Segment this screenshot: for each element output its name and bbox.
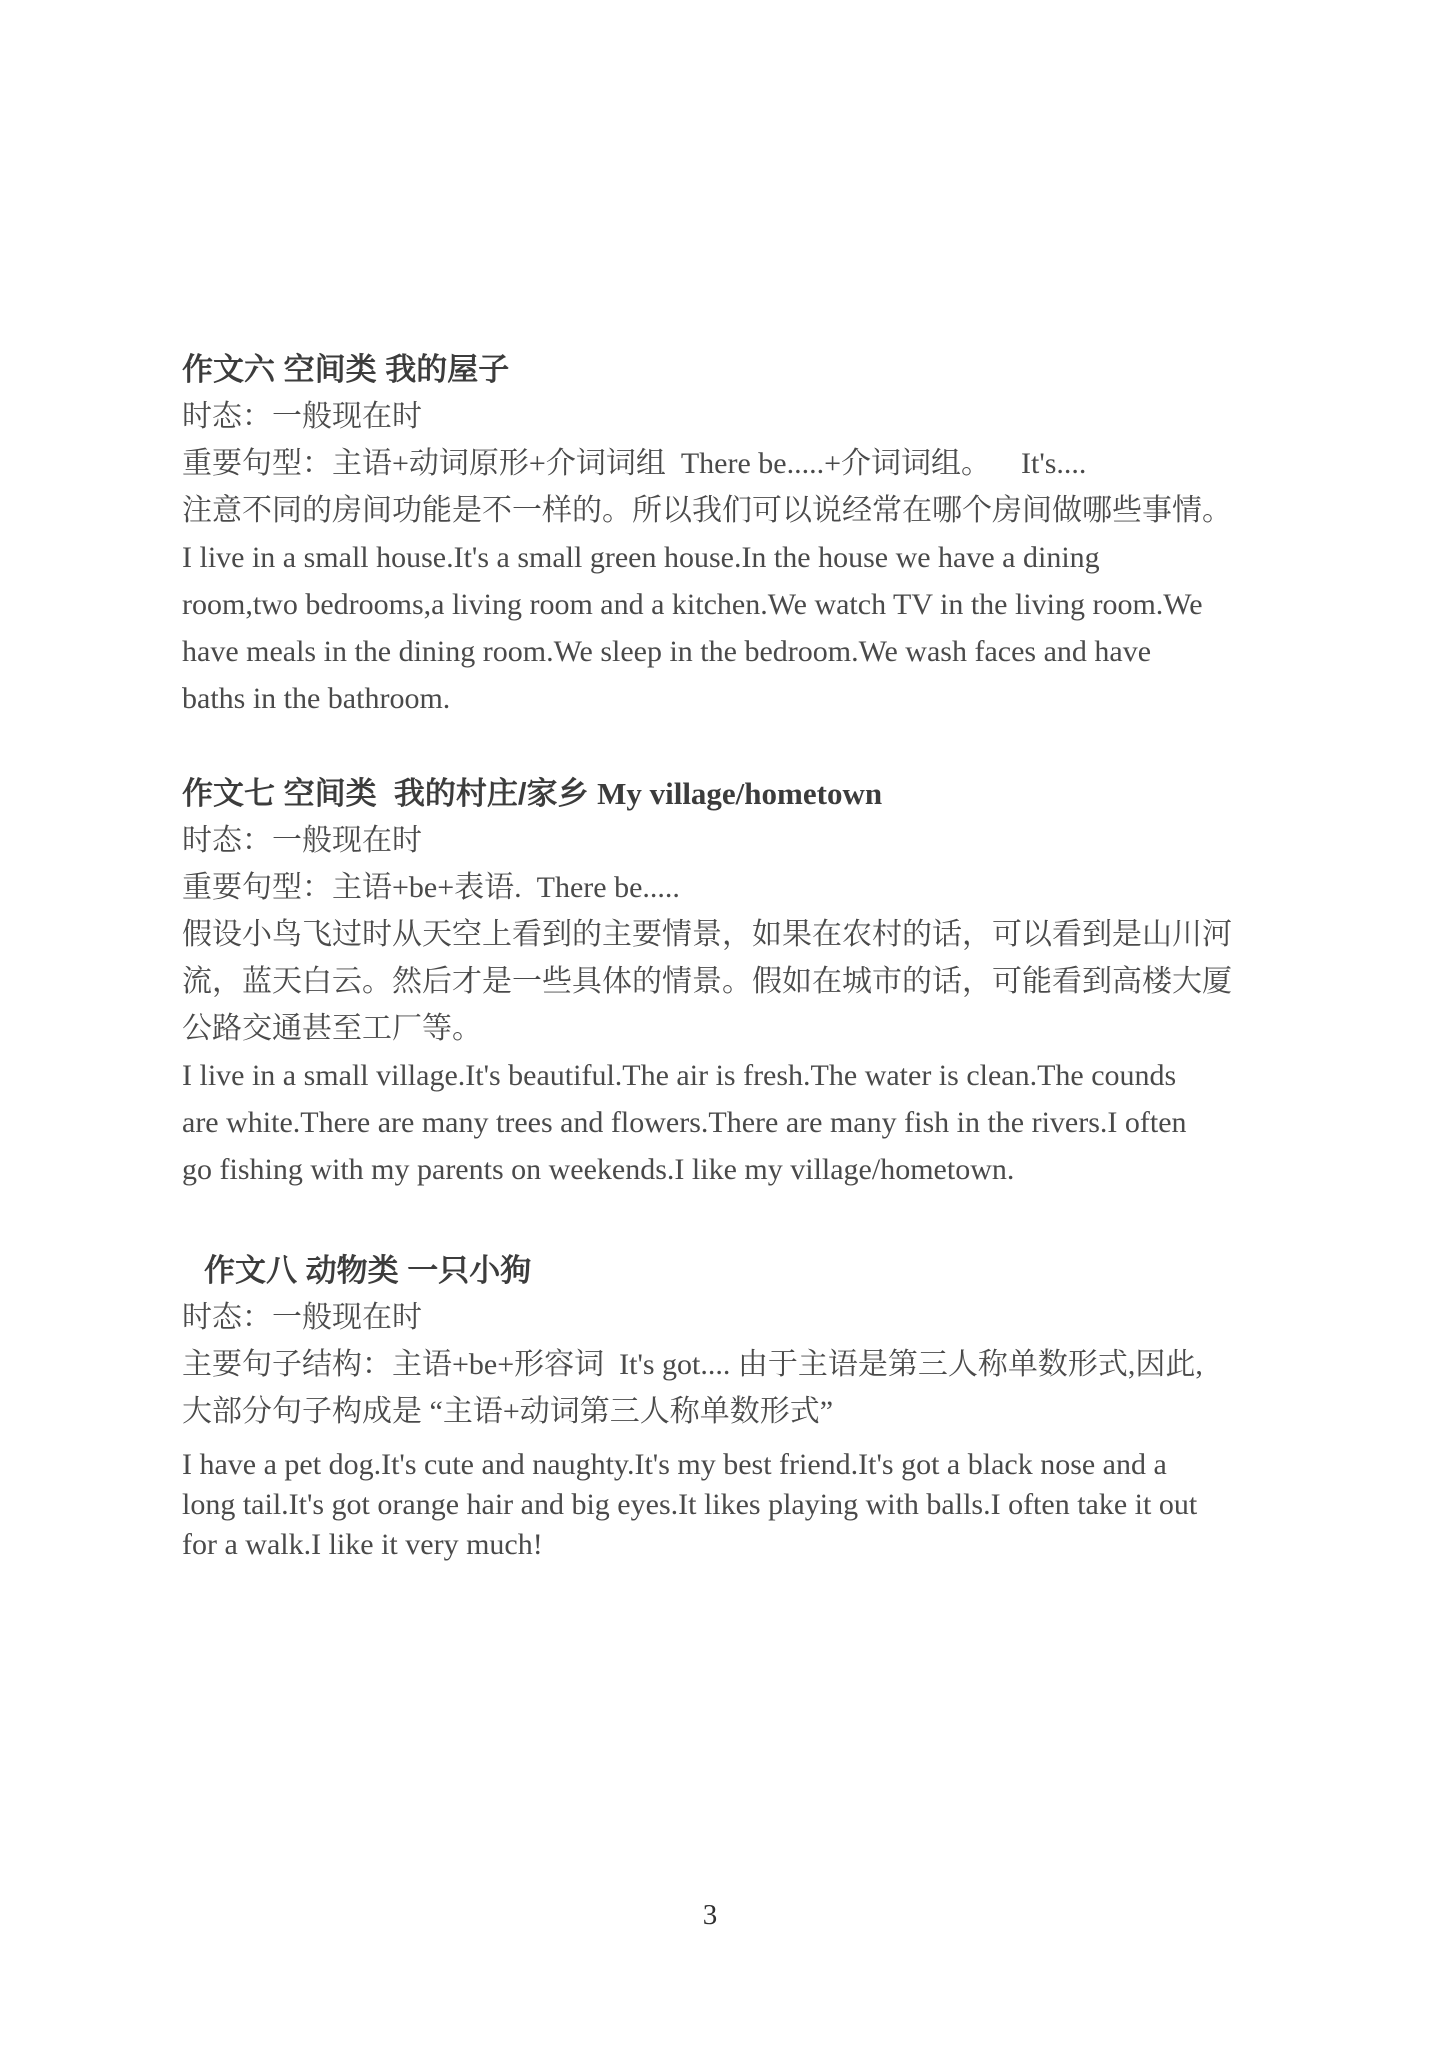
- section-7-heading: 作文七 空间类 我的村庄/家乡 My village/hometown: [182, 770, 1278, 817]
- section-6-essay: I live in a small house.It's a small gre…: [182, 534, 1278, 722]
- section-7-heading-zh: 作文七 空间类 我的村庄/家乡: [182, 776, 597, 811]
- section-8-structure-line: 大部分句子构成是 “主语+动词第三人称单数形式”: [182, 1388, 1278, 1435]
- document-page: 作文六 空间类 我的屋子 时态：一般现在时 重要句型：主语+动词原形+介词词组 …: [0, 0, 1448, 2048]
- essay-line: go fishing with my parents on weekends.I…: [182, 1146, 1278, 1193]
- section-7-pattern-line: 重要句型：主语+be+表语. There be.....: [182, 864, 1278, 911]
- essay-line: for a walk.I like it very much!: [182, 1525, 1278, 1565]
- section-essay-7: 作文七 空间类 我的村庄/家乡 My village/hometown 时态：一…: [182, 770, 1278, 1193]
- section-8-heading: 作文八 动物类 一只小狗: [204, 1247, 1278, 1294]
- section-essay-8: 作文八 动物类 一只小狗 时态：一般现在时 主要句子结构：主语+be+形容词 I…: [182, 1247, 1278, 1565]
- section-6-heading: 作文六 空间类 我的屋子: [182, 346, 1278, 393]
- essay-line: long tail.It's got orange hair and big e…: [182, 1485, 1278, 1525]
- essay-line: I live in a small house.It's a small gre…: [182, 534, 1278, 581]
- essay-line: I have a pet dog.It's cute and naughty.I…: [182, 1445, 1278, 1485]
- essay-line: I live in a small village.It's beautiful…: [182, 1052, 1278, 1099]
- section-8-tense-line: 时态：一般现在时: [182, 1294, 1278, 1341]
- section-essay-6: 作文六 空间类 我的屋子 时态：一般现在时 重要句型：主语+动词原形+介词词组 …: [182, 346, 1278, 722]
- section-7-essay: I live in a small village.It's beautiful…: [182, 1052, 1278, 1193]
- essay-line: room,two bedrooms,a living room and a ki…: [182, 581, 1278, 628]
- section-7-heading-en: My village/hometown: [597, 776, 882, 811]
- section-8-essay: I have a pet dog.It's cute and naughty.I…: [182, 1445, 1278, 1565]
- essay-line: have meals in the dining room.We sleep i…: [182, 628, 1278, 675]
- section-7-tense-line: 时态：一般现在时: [182, 817, 1278, 864]
- page-number: 3: [0, 1892, 1420, 1939]
- section-7-note-line: 假设小鸟飞过时从天空上看到的主要情景，如果在农村的话，可以看到是山川河: [182, 911, 1278, 958]
- section-6-tense-line: 时态：一般现在时: [182, 393, 1278, 440]
- section-8-structure-line: 主要句子结构：主语+be+形容词 It's got.... 由于主语是第三人称单…: [182, 1341, 1278, 1388]
- section-7-note-line: 公路交通甚至工厂等。: [182, 1005, 1278, 1052]
- section-6-note-line: 注意不同的房间功能是不一样的。所以我们可以说经常在哪个房间做哪些事情。: [182, 487, 1278, 534]
- essay-line: baths in the bathroom.: [182, 675, 1278, 722]
- section-6-pattern-line: 重要句型：主语+动词原形+介词词组 There be.....+介词词组。 It…: [182, 440, 1278, 487]
- section-7-note-line: 流，蓝天白云。然后才是一些具体的情景。假如在城市的话，可能看到高楼大厦: [182, 958, 1278, 1005]
- essay-line: are white.There are many trees and flowe…: [182, 1099, 1278, 1146]
